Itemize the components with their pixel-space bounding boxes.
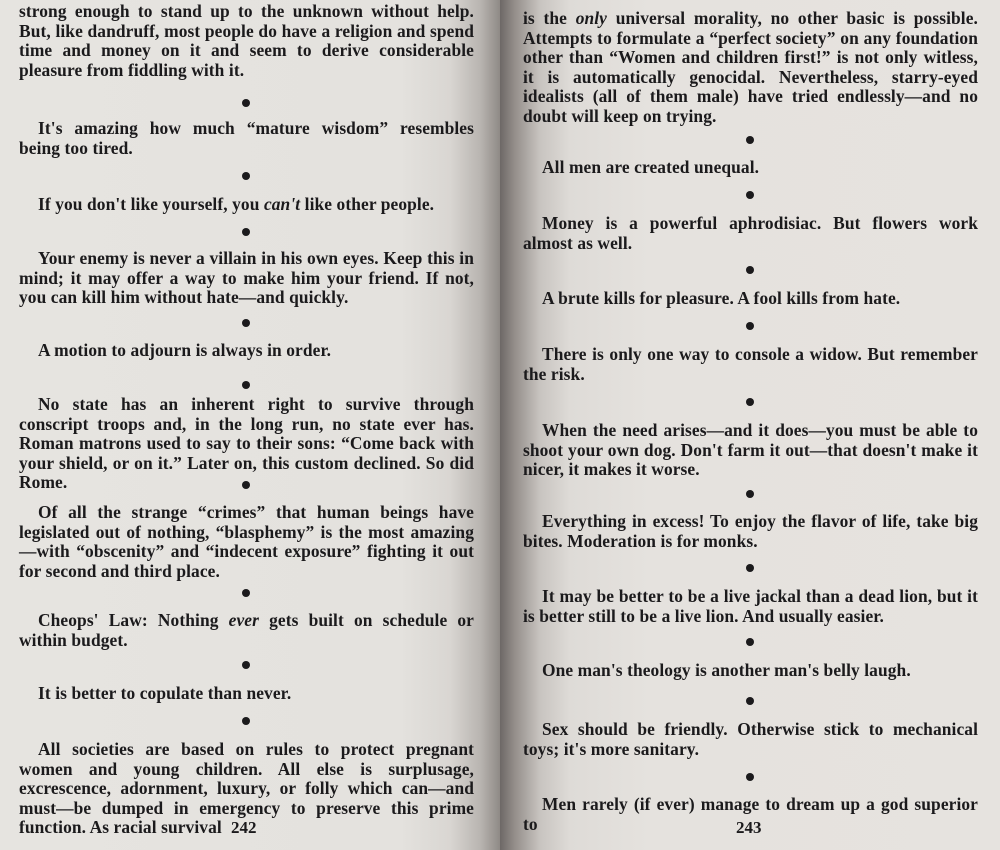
separator-star-icon [746, 266, 754, 274]
aphorism: Your enemy is never a villain in his own… [19, 249, 474, 308]
aphorism: A motion to adjourn is always in order. [19, 341, 474, 361]
aphorism: It is better to copulate than never. [19, 684, 474, 704]
aphorism: Money is a powerful aphrodisiac. But flo… [523, 214, 978, 253]
separator-star-icon [242, 99, 250, 107]
aphorism: All men are created unequal. [523, 158, 978, 178]
separator-star-icon [242, 172, 250, 180]
aphorism: Sex should be friendly. Otherwise stick … [523, 720, 978, 759]
separator-star-icon [746, 564, 754, 572]
separator-star-icon [242, 381, 250, 389]
separator-star-icon [746, 490, 754, 498]
aphorism: One man's theology is another man's bell… [523, 661, 978, 681]
paragraph-continuation: strong enough to stand up to the unknown… [19, 2, 474, 80]
aphorism: Of all the strange “crimes” that human b… [19, 503, 474, 581]
separator-star-icon [242, 481, 250, 489]
separator-star-icon [746, 191, 754, 199]
page-number: 242 [231, 818, 257, 838]
aphorism: Everything in excess! To enjoy the flavo… [523, 512, 978, 551]
aphorism: Cheops' Law: Nothing ever gets built on … [19, 611, 474, 650]
book-spread: strong enough to stand up to the unknown… [0, 0, 1000, 850]
paragraph-continuation: is the only universal morality, no other… [523, 9, 978, 127]
separator-star-icon [242, 589, 250, 597]
separator-star-icon [242, 319, 250, 327]
separator-star-icon [242, 661, 250, 669]
aphorism: A brute kills for pleasure. A fool kills… [523, 289, 978, 309]
page-number: 243 [736, 818, 762, 838]
aphorism: There is only one way to console a widow… [523, 345, 978, 384]
separator-star-icon [746, 773, 754, 781]
aphorism: It may be better to be a live jackal tha… [523, 587, 978, 626]
aphorism: No state has an inherent right to surviv… [19, 395, 474, 493]
separator-star-icon [746, 697, 754, 705]
aphorism: If you don't like yourself, you can't li… [19, 195, 474, 215]
separator-star-icon [746, 398, 754, 406]
aphorism: When the need arises—and it does—you mus… [523, 421, 978, 480]
left-page: strong enough to stand up to the unknown… [0, 0, 500, 850]
separator-star-icon [242, 717, 250, 725]
right-page: is the only universal morality, no other… [500, 0, 1000, 850]
separator-star-icon [746, 638, 754, 646]
separator-star-icon [746, 136, 754, 144]
aphorism: It's amazing how much “mature wisdom” re… [19, 119, 474, 158]
separator-star-icon [242, 228, 250, 236]
separator-star-icon [746, 322, 754, 330]
